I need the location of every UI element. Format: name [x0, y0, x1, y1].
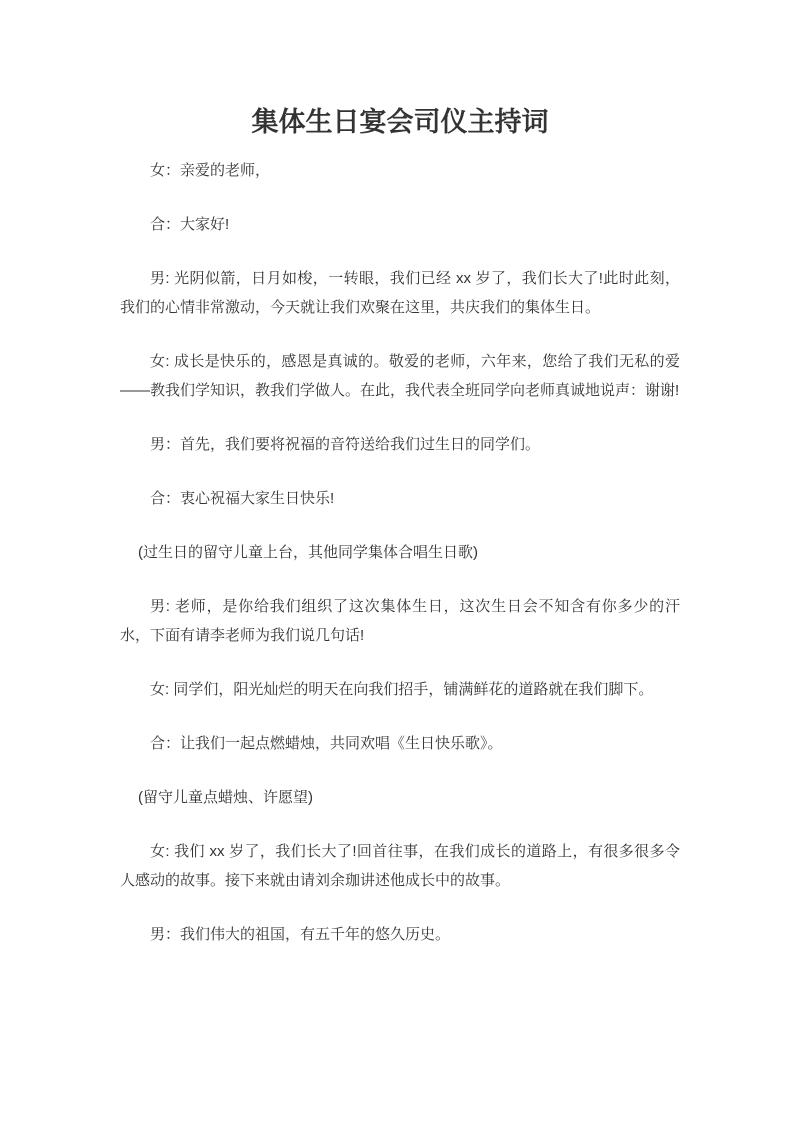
dialogue-paragraph: 男：首先，我们要将祝福的音符送给我们过生日的同学们。	[120, 430, 680, 459]
document-body: 女：亲爱的老师，合：大家好!男: 光阴似箭，日月如梭，一转眼，我们已经 xx 岁…	[120, 156, 680, 949]
dialogue-paragraph: 女：亲爱的老师，	[120, 156, 680, 185]
dialogue-paragraph: 女: 成长是快乐的，感恩是真诚的。敬爱的老师，六年来，您给了我们无私的爱——教我…	[120, 347, 680, 405]
dialogue-paragraph: 男: 老师，是你给我们组织了这次集体生日，这次生日会不知含有你多少的汗水，下面有…	[120, 592, 680, 650]
dialogue-paragraph: 合：让我们一起点燃蜡烛，共同欢唱《生日快乐歌》。	[120, 729, 680, 758]
document-title: 集体生日宴会司仪主持词	[120, 103, 680, 141]
dialogue-paragraph: 男: 光阴似箭，日月如梭，一转眼，我们已经 xx 岁了，我们长大了!此时此刻，我…	[120, 264, 680, 322]
stage-direction: (过生日的留守儿童上台，其他同学集体合唱生日歌)	[120, 538, 680, 567]
dialogue-paragraph: 女: 我们 xx 岁了，我们长大了!回首往事，在我们成长的道路上，有很多很多令人…	[120, 837, 680, 895]
stage-direction: (留守儿童点蜡烛、许愿望)	[120, 783, 680, 812]
dialogue-paragraph: 女: 同学们，阳光灿烂的明天在向我们招手，铺满鲜花的道路就在我们脚下。	[120, 675, 680, 704]
dialogue-paragraph: 合：大家好!	[120, 210, 680, 239]
dialogue-paragraph: 合：衷心祝福大家生日快乐!	[120, 484, 680, 513]
dialogue-paragraph: 男：我们伟大的祖国，有五千年的悠久历史。	[120, 920, 680, 949]
document-page: 集体生日宴会司仪主持词 女：亲爱的老师，合：大家好!男: 光阴似箭，日月如梭，一…	[0, 0, 794, 1123]
